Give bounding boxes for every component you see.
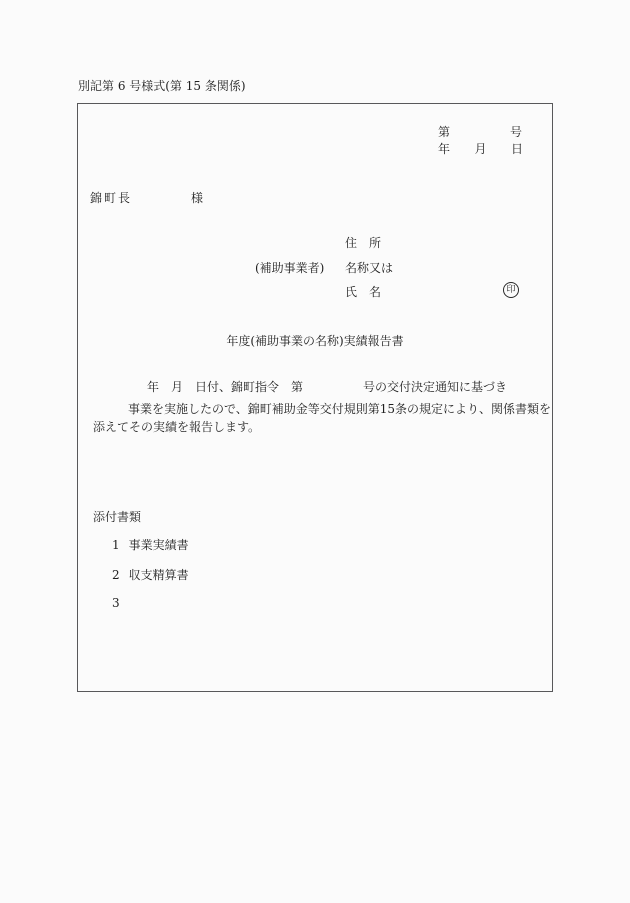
document-page: 別記第 6 号様式(第 15 条関係) 第 号 年 月 日 錦町長 様 (補助事…: [0, 0, 630, 903]
attachment-item: 3: [112, 596, 129, 610]
addressee-honorific: 様: [191, 191, 203, 205]
body-line-3: 添えてその実績を報告します。: [93, 420, 260, 434]
document-title: 年度(補助事業の名称)実績報告書: [77, 334, 553, 348]
seal-stamp-text: 印: [506, 286, 515, 295]
attachment-number: 2: [112, 568, 120, 582]
doc-number-prefix: 第: [438, 125, 450, 139]
attachments-heading: 添付書類: [93, 510, 141, 524]
attachment-number: 1: [112, 538, 120, 552]
doc-number-suffix: 号: [510, 125, 522, 139]
applicant-role-label: (補助事業者): [255, 261, 324, 275]
attachment-label: 事業実績書: [129, 538, 189, 552]
attachment-item: 2 収支精算書: [112, 568, 189, 582]
applicant-address-label: 住 所: [345, 236, 381, 250]
body-line-2: 事業を実施したので、錦町補助金等交付規則第15条の規定により、関係書類を: [128, 402, 551, 416]
addressee-name: 錦町長: [90, 191, 132, 205]
seal-stamp-icon: 印: [503, 282, 519, 298]
attachment-label: 収支精算書: [129, 568, 189, 582]
form-label: 別記第 6 号様式(第 15 条関係): [78, 79, 246, 93]
date-row: 年 月 日: [438, 142, 523, 156]
doc-number-row: 第 号: [438, 125, 522, 139]
date-year-label: 年: [438, 142, 450, 156]
addressee-row: 錦町長 様: [90, 191, 203, 205]
applicant-name-label: 氏 名: [345, 285, 381, 299]
body-line-1: 年 月 日付、錦町指令 第 号の交付決定通知に基づき: [147, 380, 507, 394]
date-day-label: 日: [511, 142, 523, 156]
applicant-name-or-label: 名称又は: [345, 261, 393, 275]
date-month-label: 月: [474, 142, 486, 156]
attachment-number: 3: [112, 596, 120, 610]
attachment-item: 1 事業実績書: [112, 538, 189, 552]
